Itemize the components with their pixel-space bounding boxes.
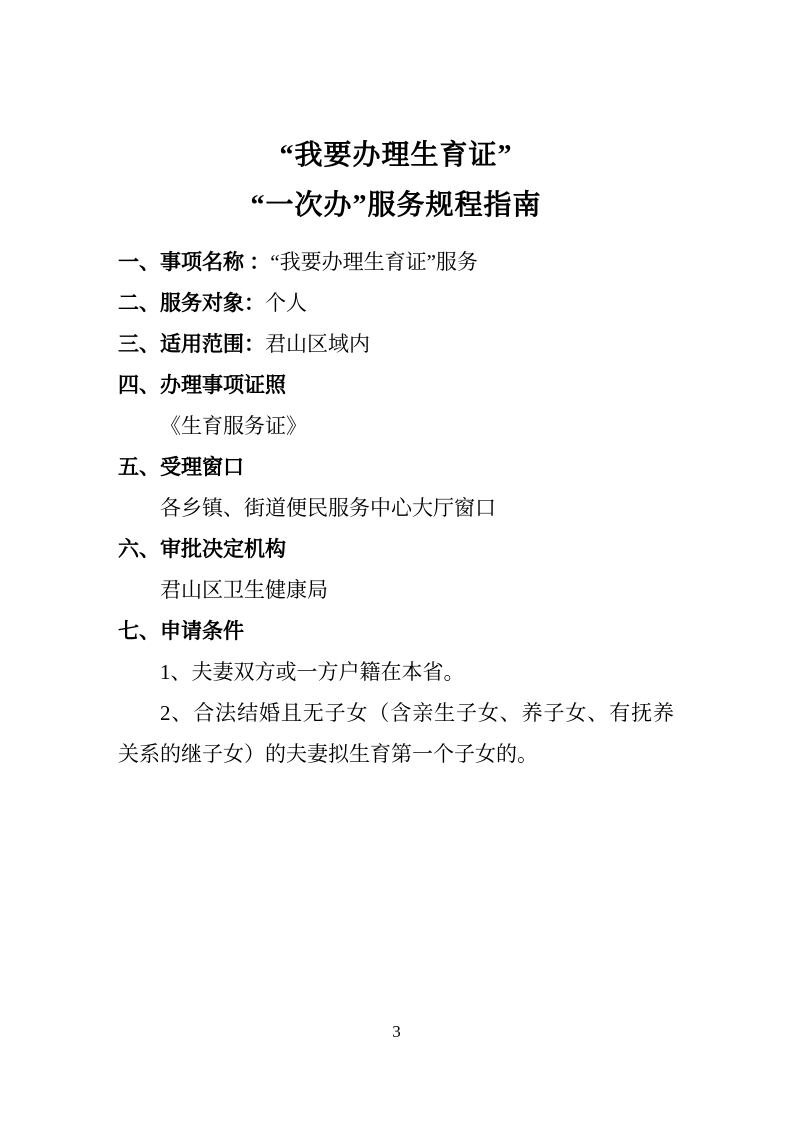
section-paragraph: 《生育服务证》 [118, 406, 674, 447]
section-heading-5: 五、受理窗口 [118, 447, 674, 488]
section-paragraph: 君山区卫生健康局 [118, 570, 674, 611]
section-heading-label: 五、受理窗口 [118, 455, 244, 479]
document-title: “我要办理生育证” “一次办”服务规程指南 [118, 131, 674, 231]
section-heading-label: 四、办理事项证照 [118, 373, 286, 397]
document-page: “我要办理生育证” “一次办”服务规程指南 一、事项名称 ：“我要办理生育证”服… [0, 0, 793, 1122]
section-heading-value: 个人 [265, 291, 307, 315]
section-paragraph: 1、夫妻双方或一方户籍在本省。 [118, 652, 674, 693]
section-paragraph: 各乡镇、街道便民服务中心大厅窗口 [118, 488, 674, 529]
section-heading-4: 四、办理事项证照 [118, 365, 674, 406]
section-heading-3: 三、适用范围：君山区域内 [118, 324, 674, 365]
page-number: 3 [0, 1022, 793, 1042]
section-heading-1: 一、事项名称 ：“我要办理生育证”服务 [118, 242, 674, 283]
section-paragraph: 2、合法结婚且无子女（含亲生子女、养子女、有抚养关系的继子女）的夫妻拟生育第一个… [118, 693, 674, 775]
sections-list: 一、事项名称 ：“我要办理生育证”服务二、服务对象：个人三、适用范围：君山区域内… [118, 242, 674, 775]
section-heading-value: “我要办理生育证”服务 [270, 250, 478, 274]
title-line-2: “一次办”服务规程指南 [118, 181, 674, 231]
section-heading-label: 六、审批决定机构 [118, 537, 286, 561]
section-heading-7: 七、申请条件 [118, 611, 674, 652]
section-heading-label: 一、事项名称 ： [118, 250, 270, 274]
section-heading-2: 二、服务对象：个人 [118, 283, 674, 324]
title-line-1: “我要办理生育证” [118, 131, 674, 181]
section-heading-label: 七、申请条件 [118, 619, 244, 643]
section-heading-label: 二、服务对象： [118, 291, 265, 315]
section-heading-6: 六、审批决定机构 [118, 529, 674, 570]
section-heading-value: 君山区域内 [265, 332, 370, 356]
document-content: “我要办理生育证” “一次办”服务规程指南 一、事项名称 ：“我要办理生育证”服… [118, 131, 674, 775]
section-heading-label: 三、适用范围： [118, 332, 265, 356]
